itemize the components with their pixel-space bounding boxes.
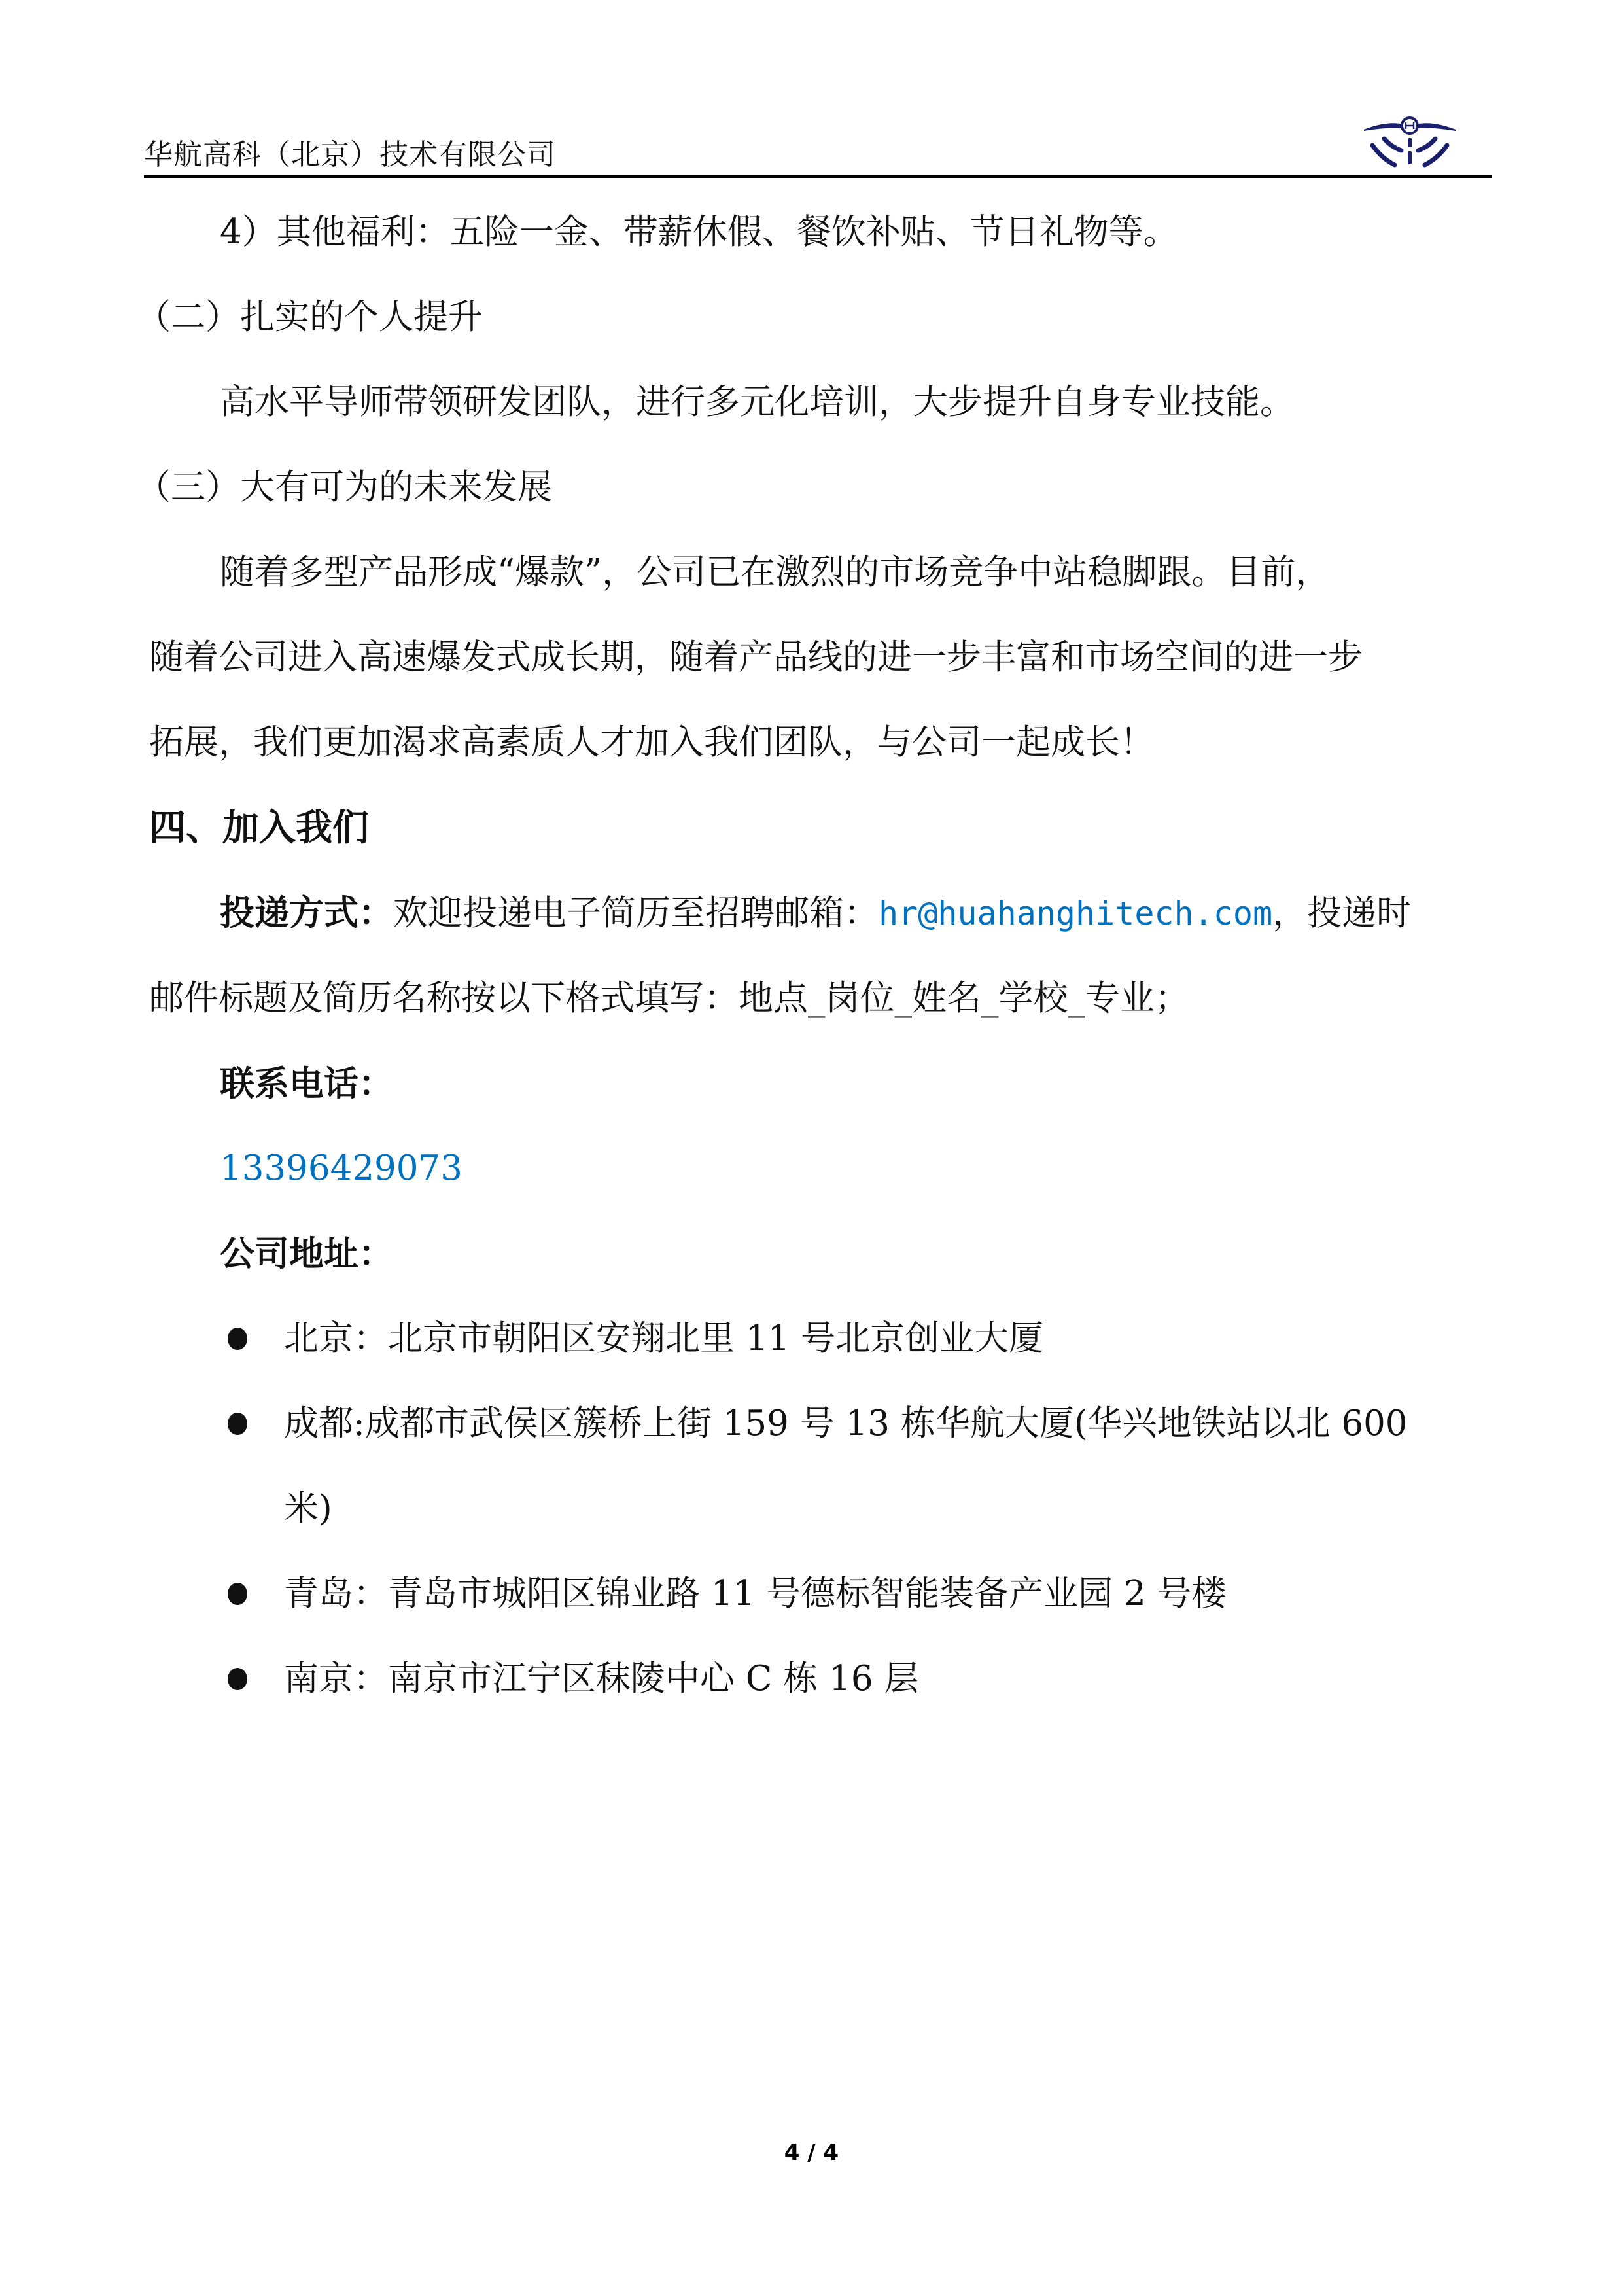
address-text: 北京：北京市朝阳区安翔北里 11 号北京创业大厦 (284, 1318, 1043, 1358)
company-logo-icon (1361, 115, 1459, 168)
address-item-beijing: 北京：北京市朝阳区安翔北里 11 号北京创业大厦 (149, 1296, 1497, 1381)
delivery-text: 欢迎投递电子简历至招聘邮箱： (393, 893, 879, 933)
section-2-body: 高水平导师带领研发团队，进行多元化培训，大步提升自身专业技能。 (149, 360, 1497, 445)
delivery-text-after: ，投递时 (1272, 893, 1411, 933)
address-text: 青岛：青岛市城阳区锦业路 11 号德标智能装备产业园 2 号楼 (284, 1574, 1227, 1614)
recruit-email-link[interactable]: hr@huahanghitech.com (879, 894, 1272, 932)
delivery-label: 投递方式： (220, 892, 393, 933)
address-text-continuation: 米) (284, 1466, 1497, 1551)
address-text: 南京：南京市江宁区秣陵中心 C 栋 16 层 (284, 1659, 918, 1699)
page-header: 华航高科（北京）技术有限公司 (144, 124, 1492, 177)
bullet-icon (228, 1413, 247, 1435)
section-3-title: （三）大有可为的未来发展 (136, 445, 1497, 530)
section-2-title: （二）扎实的个人提升 (136, 275, 1497, 360)
delivery-format: 邮件标题及简历名称按以下格式填写：地点_岗位_姓名_学校_专业； (149, 956, 1497, 1041)
address-item-chengdu: 成都:成都市武侯区簇桥上街 159 号 13 栋华航大厦(华兴地铁站以北 600… (149, 1381, 1497, 1551)
bullet-icon (228, 1583, 247, 1605)
address-text: 成都:成都市武侯区簇桥上街 159 号 13 栋华航大厦(华兴地铁站以北 600 (284, 1381, 1497, 1466)
address-item-nanjing: 南京：南京市江宁区秣陵中心 C 栋 16 层 (149, 1636, 1497, 1722)
address-item-qingdao: 青岛：青岛市城阳区锦业路 11 号德标智能装备产业园 2 号楼 (149, 1551, 1497, 1636)
bullet-icon (228, 1328, 247, 1350)
company-name: 华航高科（北京）技术有限公司 (144, 131, 556, 173)
phone-label: 联系电话： (149, 1041, 1497, 1126)
phone-link[interactable]: 13396429073 (220, 1148, 462, 1188)
header-divider (144, 175, 1492, 178)
document-body: 4）其他福利：五险一金、带薪休假、餐饮补贴、节日礼物等。 （二）扎实的个人提升 … (149, 190, 1497, 1722)
page-number: 4 / 4 (0, 2140, 1623, 2166)
section-3-body-line-2: 随着公司进入高速爆发式成长期，随着产品线的进一步丰富和市场空间的进一步 (149, 615, 1497, 700)
phone-row: 13396429073 (149, 1126, 1497, 1211)
join-us-heading: 四、加入我们 (149, 785, 1497, 870)
address-label: 公司地址： (149, 1211, 1497, 1296)
section-3-body-line-3: 拓展，我们更加渴求高素质人才加入我们团队，与公司一起成长！ (149, 700, 1497, 785)
benefit-item-4: 4）其他福利：五险一金、带薪休假、餐饮补贴、节日礼物等。 (149, 190, 1497, 275)
delivery-method: 投递方式：欢迎投递电子简历至招聘邮箱：hr@huahanghitech.com，… (149, 870, 1497, 956)
bullet-icon (228, 1668, 247, 1690)
section-3-body-line-1: 随着多型产品形成“爆款”，公司已在激烈的市场竞争中站稳脚跟。目前， (149, 530, 1497, 615)
